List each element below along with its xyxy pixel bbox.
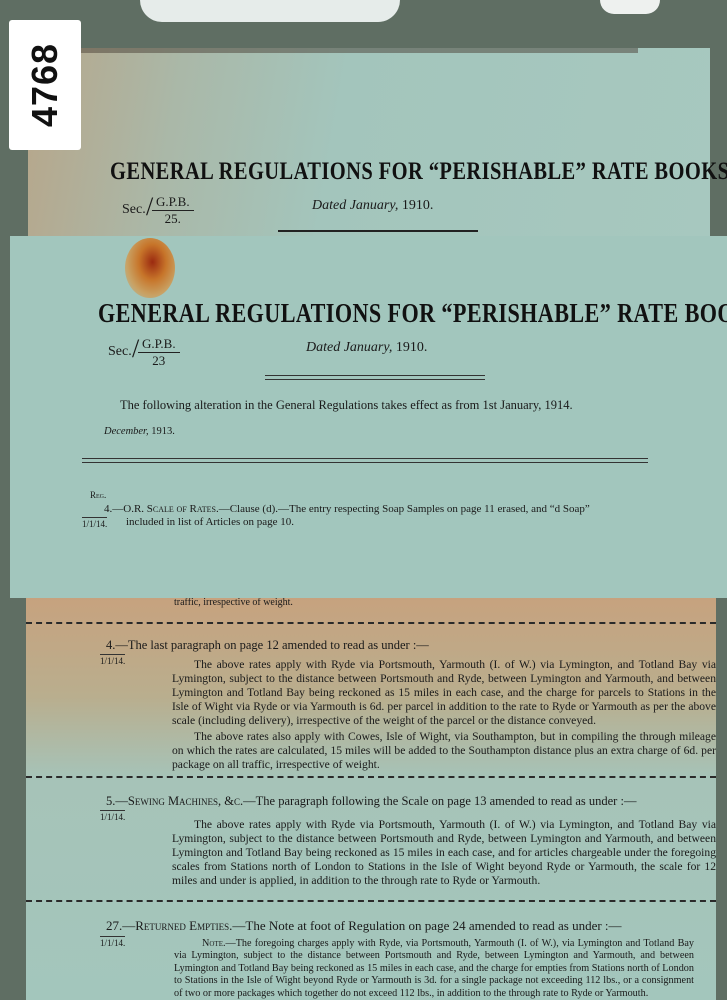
sheet-back: GENERAL REGULATIONS FOR “PERISHABLE” RAT… bbox=[28, 48, 710, 248]
section-number: 27.— bbox=[106, 918, 135, 933]
section-heading-rest: —The paragraph following the Scale on pa… bbox=[243, 794, 636, 808]
note-text: —The foregoing charges apply with Ryde, … bbox=[174, 938, 694, 999]
section-title: Returned Empties. bbox=[135, 918, 232, 933]
date-tag: 1/1/14. bbox=[100, 936, 125, 948]
dashed-divider bbox=[26, 622, 716, 624]
dated-label: Dated January, bbox=[312, 198, 398, 213]
section-heading: 27.—Returned Empties.—The Note at foot o… bbox=[106, 918, 622, 933]
fragment-text: traffic, irrespective of weight. bbox=[174, 597, 293, 608]
item-text: —Clause (d).—The entry respecting Soap S… bbox=[219, 503, 590, 515]
sheet-under: traffic, irrespective of weight. 4.—The … bbox=[26, 596, 716, 1000]
sec-fraction: G.P.B. 25. bbox=[152, 194, 194, 227]
issued-month: December, bbox=[104, 426, 149, 437]
sheet-front-title: GENERAL REGULATIONS FOR “PERISHABLE” RAT… bbox=[98, 298, 727, 329]
section-heading: 4.—The last paragraph on page 12 amended… bbox=[106, 638, 429, 653]
item-text-continued: included in list of Articles on page 10. bbox=[126, 515, 294, 530]
dated-label: Dated January, bbox=[306, 340, 392, 355]
section-paragraph: The above rates also apply with Cowes, I… bbox=[172, 730, 716, 772]
sec-prefix: Sec. bbox=[122, 202, 146, 218]
title-rule bbox=[278, 230, 478, 232]
section-paragraph: The above rates apply with Ryde via Port… bbox=[172, 818, 716, 888]
notice-text: The following alteration in the General … bbox=[120, 398, 573, 413]
date-tag: 1/1/14. bbox=[100, 810, 125, 822]
background-highlight bbox=[140, 0, 400, 22]
issued-date: December, 1913. bbox=[104, 424, 175, 439]
note-label: Note. bbox=[202, 938, 226, 949]
note-paragraph: Note.—The foregoing charges apply with R… bbox=[174, 938, 694, 1000]
sec-numerator: G.P.B. bbox=[152, 194, 194, 211]
issued-year: 1913. bbox=[151, 426, 175, 437]
date-tag: 1/1/14. bbox=[100, 654, 125, 666]
rust-stain bbox=[125, 238, 175, 298]
sec-numerator: G.P.B. bbox=[138, 336, 180, 353]
section-title: Sewing Machines, &c. bbox=[128, 794, 243, 808]
section-number: 5.— bbox=[106, 794, 128, 808]
catalog-label: 4768 bbox=[9, 20, 81, 150]
sec-denominator: 23 bbox=[138, 353, 180, 369]
section-heading: 5.—Sewing Machines, &c.—The paragraph fo… bbox=[106, 794, 636, 809]
section-heading-rest: —The Note at foot of Regulation on page … bbox=[232, 918, 621, 933]
dashed-divider bbox=[26, 900, 716, 902]
date-tag: 1/1/14. bbox=[82, 517, 107, 529]
section-rule bbox=[82, 458, 648, 463]
torn-edge bbox=[78, 48, 638, 53]
item-number: 4.— bbox=[104, 503, 123, 515]
reg-label: Reg. bbox=[90, 490, 106, 500]
background-highlight bbox=[600, 0, 660, 14]
item-heading: O.R. Scale of Rates. bbox=[123, 503, 218, 515]
sheet-front: GENERAL REGULATIONS FOR “PERISHABLE” RAT… bbox=[10, 236, 727, 598]
dated-year: 1910. bbox=[396, 340, 428, 355]
sec-fraction: G.P.B. 23 bbox=[138, 336, 180, 369]
sheet-back-title: GENERAL REGULATIONS FOR “PERISHABLE” RAT… bbox=[110, 158, 727, 186]
catalog-number: 4768 bbox=[24, 43, 66, 127]
section-paragraph: The above rates apply with Ryde via Port… bbox=[172, 658, 716, 728]
dated-line: Dated January, 1910. bbox=[312, 198, 433, 214]
title-rule bbox=[265, 375, 485, 380]
dated-line: Dated January, 1910. bbox=[306, 340, 427, 356]
sec-denominator: 25. bbox=[152, 211, 194, 227]
sec-prefix: Sec. bbox=[108, 344, 132, 360]
dashed-divider bbox=[26, 776, 716, 778]
dated-year: 1910. bbox=[402, 198, 434, 213]
